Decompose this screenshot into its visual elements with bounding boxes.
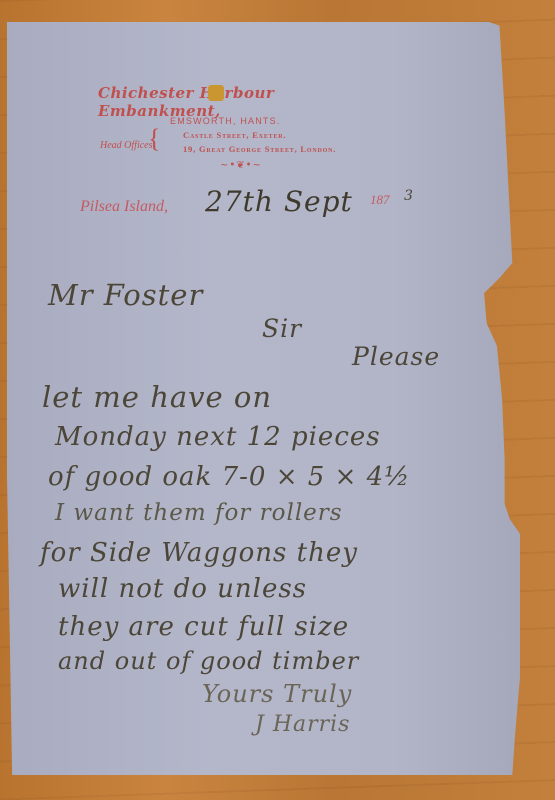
body-line-8: they are cut full size <box>58 612 349 642</box>
printed-year-prefix: 187 <box>370 192 390 208</box>
printed-place: Pilsea Island, <box>80 198 168 216</box>
closing: Yours Truly <box>202 680 352 708</box>
letterhead-town: EMSWORTH, HANTS. <box>170 116 281 126</box>
letterhead-addresses: Castle Street, Exeter. 19, Great George … <box>183 128 336 156</box>
body-line-6: for Side Waggons they <box>40 538 358 568</box>
handwritten-year-digit: 3 <box>404 188 414 204</box>
date-day: 27th <box>205 185 274 218</box>
body-line-2: let me have on <box>42 380 272 414</box>
body-line-3: Monday next 12 pieces <box>55 422 381 452</box>
body-line-9: and out of good timber <box>58 647 359 675</box>
stain-mark <box>208 85 224 101</box>
address-brace: { <box>148 126 160 152</box>
address-exeter: Castle Street, Exeter. <box>183 128 336 142</box>
body-line-5: I want them for rollers <box>55 500 343 526</box>
signature: J Harris <box>255 712 350 737</box>
address-london: 19, Great George Street, London. <box>183 142 336 156</box>
body-line-1: Please <box>352 342 440 371</box>
date-month: Sept <box>284 185 353 218</box>
body-line-7: will not do unless <box>58 574 307 604</box>
handwritten-date: 27th Sept <box>205 185 353 218</box>
salutation: Sir <box>262 314 302 343</box>
letterhead-title: Chichester Harbour Embankment, <box>98 84 398 120</box>
body-line-4: of good oak 7-0 × 5 × 4½ <box>48 462 410 492</box>
head-offices-label: Head Offices <box>100 140 153 151</box>
ornament-flourish: ~•❦•~ <box>220 160 262 171</box>
salutation-name: Mr Foster <box>48 278 203 312</box>
